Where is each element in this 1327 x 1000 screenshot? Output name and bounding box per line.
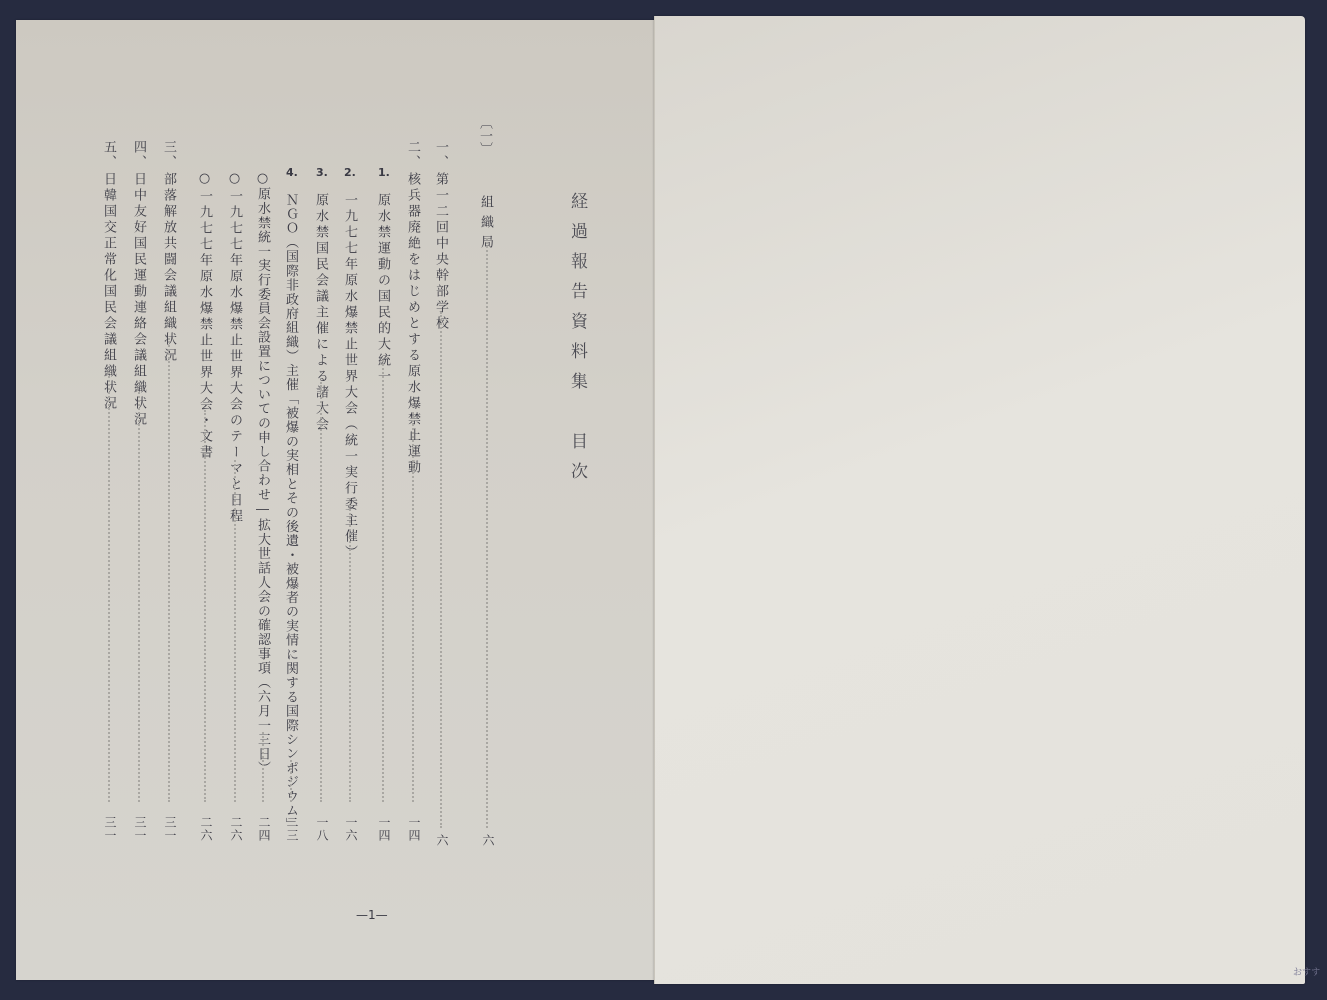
leader-dots <box>138 392 140 802</box>
entry-mark: 1. <box>378 166 390 179</box>
left-page: 経過報告資料集 目次 〔一〕 組織局 六 一、 第一二回中央幹部学校 六 二、 … <box>16 20 662 980</box>
entry-text: ○原水禁統一実行委員会設置についての申し合わせ―拡大世話人会の確認事項（六月一三… <box>256 171 269 776</box>
stamp-mark: おすす <box>1293 965 1320 978</box>
leader-dots <box>486 238 488 828</box>
page-number: 三一 <box>164 816 176 842</box>
page-number: 一八 <box>316 816 328 842</box>
entry-mark: 一、 <box>434 140 447 170</box>
page-number: 三一 <box>104 816 116 842</box>
page-number: 二六 <box>230 816 242 842</box>
entry-mark: 四、 <box>132 140 145 170</box>
page-number: 二三 <box>286 816 298 842</box>
leader-dots <box>234 460 236 802</box>
page-folio: —1— <box>356 908 388 922</box>
entry-text: ＮＧＯ（国際非政府組織）主催「被爆の実相とその後遺・被爆者の実情に関する国際シン… <box>284 193 297 832</box>
page-number: 一四 <box>378 816 390 842</box>
entry-mark: 3. <box>316 166 328 179</box>
page-number: 一六 <box>345 816 357 842</box>
entry-mark: 2. <box>344 166 356 179</box>
document-title: 経過報告資料集 目次 <box>568 192 585 492</box>
entry-mark: 二、 <box>406 140 419 170</box>
page-number: 六 <box>436 834 448 847</box>
leader-dots <box>382 360 384 802</box>
entry-mark: 三、 <box>162 140 175 170</box>
leader-dots <box>168 338 170 802</box>
page-number: 六 <box>482 834 494 847</box>
leader-dots <box>412 412 414 802</box>
entry-text: 日中友好国民運動連絡会議組織状況 <box>132 172 145 428</box>
leader-dots <box>349 498 351 802</box>
section-header: 〔一〕 <box>478 116 491 155</box>
entry-mark: 4. <box>286 166 298 179</box>
leader-dots <box>320 382 322 802</box>
leader-dots <box>440 312 442 828</box>
right-page-blank <box>654 16 1305 984</box>
entry-text: 原水禁運動の国民的大統一 <box>376 193 389 385</box>
leader-dots <box>262 732 264 802</box>
leader-dots <box>108 372 110 802</box>
page-number: 二四 <box>258 816 270 842</box>
page-number: 二六 <box>200 816 212 842</box>
entry-text: 部落解放共闘会議組織状況 <box>162 172 175 364</box>
leader-dots <box>290 760 292 802</box>
page-number: 三一 <box>134 816 146 842</box>
entry-mark: 五、 <box>102 140 115 170</box>
leader-dots <box>204 410 206 802</box>
page-number: 一四 <box>408 816 420 842</box>
entry-text: 第一二回中央幹部学校 <box>434 172 447 332</box>
